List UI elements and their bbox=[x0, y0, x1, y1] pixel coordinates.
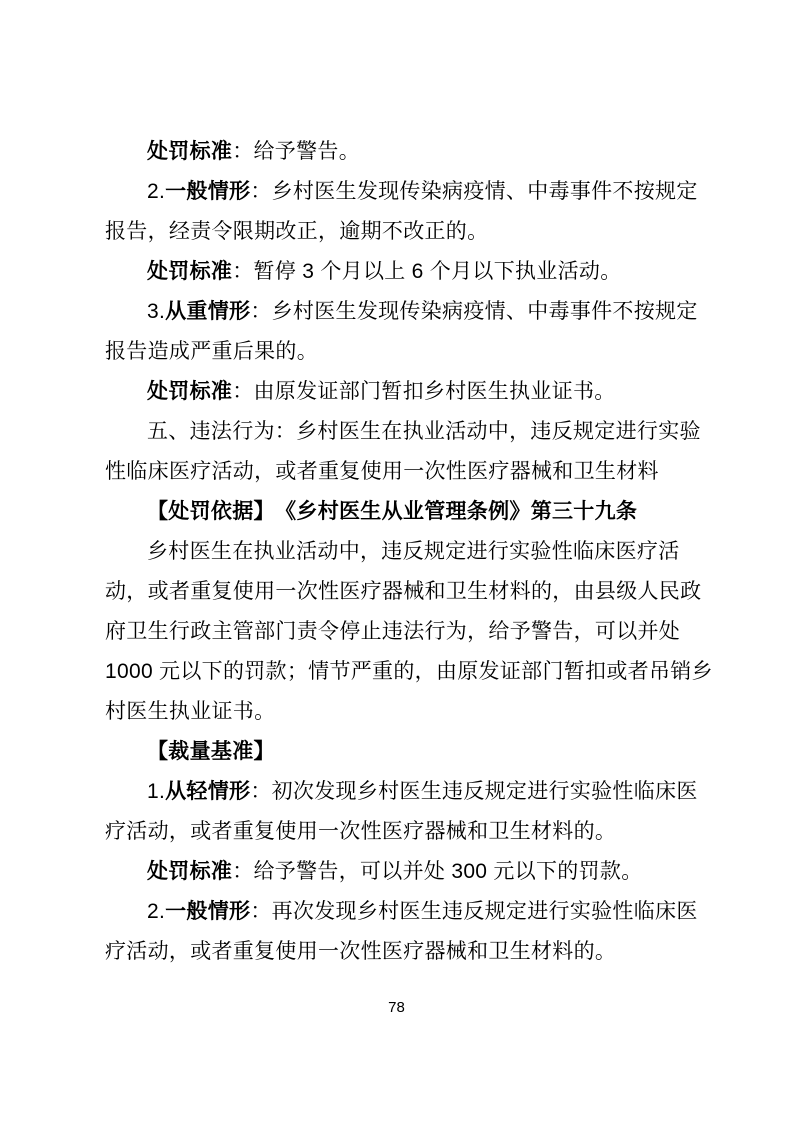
text-run: 3. bbox=[147, 300, 165, 323]
text-line: 2.一般情形：再次发现乡村医生违反规定进行实验性临床医 bbox=[105, 892, 691, 932]
bold-text-run: 处罚标准 bbox=[147, 140, 232, 163]
text-line: 报告，经责令限期改正，逾期不改正的。 bbox=[105, 212, 691, 252]
document-page: 处罚标准：给予警告。2.一般情形：乡村医生发现传染病疫情、中毒事件不按规定报告，… bbox=[0, 0, 793, 1122]
text-line: 报告造成严重后果的。 bbox=[105, 332, 691, 372]
text-line: 3.从重情形：乡村医生发现传染病疫情、中毒事件不按规定 bbox=[105, 292, 691, 332]
text-line: 动，或者重复使用一次性医疗器械和卫生材料的，由县级人民政 bbox=[105, 572, 691, 612]
text-run: ：初次发现乡村医生违反规定进行实验性临床医 bbox=[250, 780, 697, 803]
text-run: 报告，经责令限期改正，逾期不改正的。 bbox=[105, 220, 488, 243]
text-line: 乡村医生在执业活动中，违反规定进行实验性临床医疗活 bbox=[105, 532, 691, 572]
bold-text-run: 一般情形 bbox=[165, 180, 250, 203]
bold-text-run: 一般情形 bbox=[165, 900, 250, 923]
text-run: 府卫生行政主管部门责令停止违法行为，给予警告，可以并处 bbox=[105, 620, 680, 643]
text-run: 性临床医疗活动，或者重复使用一次性医疗器械和卫生材料 bbox=[105, 460, 659, 483]
text-line: 府卫生行政主管部门责令停止违法行为，给予警告，可以并处 bbox=[105, 612, 691, 652]
text-run: ：由原发证部门暂扣乡村医生执业证书。 bbox=[232, 380, 615, 403]
text-run: 2. bbox=[147, 900, 165, 923]
bold-text-run: 【裁量基准】 bbox=[147, 740, 275, 763]
text-line: 村医生执业证书。 bbox=[105, 692, 691, 732]
text-run: ：暂停 3 个月以上 6 个月以下执业活动。 bbox=[232, 260, 621, 283]
bold-text-run: 从轻情形 bbox=[165, 780, 250, 803]
text-line: 五、违法行为：乡村医生在执业活动中，违反规定进行实验 bbox=[105, 412, 691, 452]
bold-text-run: 处罚标准 bbox=[147, 860, 232, 883]
text-run: ：给予警告，可以并处 300 元以下的罚款。 bbox=[232, 860, 642, 883]
text-line: 处罚标准：由原发证部门暂扣乡村医生执业证书。 bbox=[105, 372, 691, 412]
text-run: 疗活动，或者重复使用一次性医疗器械和卫生材料的。 bbox=[105, 940, 616, 963]
bold-text-run: 处罚标准 bbox=[147, 260, 232, 283]
text-run: 村医生执业证书。 bbox=[105, 700, 275, 723]
text-run: ：再次发现乡村医生违反规定进行实验性临床医 bbox=[250, 900, 697, 923]
text-line: 【裁量基准】 bbox=[105, 732, 691, 772]
text-run: 1000 元以下的罚款；情节严重的，由原发证部门暂扣或者吊销乡 bbox=[105, 660, 713, 683]
text-run: 动，或者重复使用一次性医疗器械和卫生材料的，由县级人民政 bbox=[105, 580, 701, 603]
text-run: 1. bbox=[147, 780, 165, 803]
text-line: 处罚标准：给予警告，可以并处 300 元以下的罚款。 bbox=[105, 852, 691, 892]
bold-text-run: 处罚标准 bbox=[147, 380, 232, 403]
text-line: 1000 元以下的罚款；情节严重的，由原发证部门暂扣或者吊销乡 bbox=[105, 652, 691, 692]
text-run: 五、违法行为：乡村医生在执业活动中，违反规定进行实验 bbox=[147, 420, 701, 443]
text-line: 处罚标准：给予警告。 bbox=[105, 132, 691, 172]
text-run: ：给予警告。 bbox=[232, 140, 360, 163]
text-line: 疗活动，或者重复使用一次性医疗器械和卫生材料的。 bbox=[105, 932, 691, 972]
text-line: 处罚标准：暂停 3 个月以上 6 个月以下执业活动。 bbox=[105, 252, 691, 292]
text-run: 2. bbox=[147, 180, 165, 203]
text-line: 【处罚依据】 《乡村医生从业管理条例》第三十九条 bbox=[105, 492, 691, 532]
text-run: 乡村医生在执业活动中，违反规定进行实验性临床医疗活 bbox=[147, 540, 680, 563]
text-line: 性临床医疗活动，或者重复使用一次性医疗器械和卫生材料 bbox=[105, 452, 691, 492]
bold-text-run: 【处罚依据】 《乡村医生从业管理条例》第三十九条 bbox=[147, 500, 637, 523]
text-line: 2.一般情形：乡村医生发现传染病疫情、中毒事件不按规定 bbox=[105, 172, 691, 212]
text-run: ：乡村医生发现传染病疫情、中毒事件不按规定 bbox=[250, 180, 697, 203]
text-line: 疗活动，或者重复使用一次性医疗器械和卫生材料的。 bbox=[105, 812, 691, 852]
text-line: 1.从轻情形：初次发现乡村医生违反规定进行实验性临床医 bbox=[105, 772, 691, 812]
text-run: 报告造成严重后果的。 bbox=[105, 340, 318, 363]
text-run: ：乡村医生发现传染病疫情、中毒事件不按规定 bbox=[250, 300, 697, 323]
bold-text-run: 从重情形 bbox=[165, 300, 250, 323]
page-number: 78 bbox=[0, 998, 793, 1018]
text-run: 疗活动，或者重复使用一次性医疗器械和卫生材料的。 bbox=[105, 820, 616, 843]
document-content: 处罚标准：给予警告。2.一般情形：乡村医生发现传染病疫情、中毒事件不按规定报告，… bbox=[105, 132, 691, 972]
